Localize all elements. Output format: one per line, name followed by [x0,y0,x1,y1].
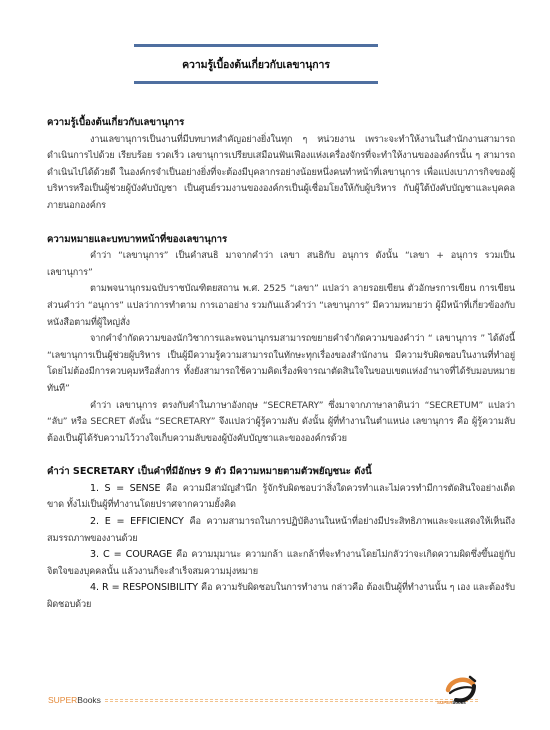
list-item: 4. R = RESPONSIBILITY คือ ความรับผิดชอบใ… [47,580,515,613]
paragraph: ตามพจนานุกรมฉบับราชบัณฑิตยสถาน พ.ศ. 2525… [47,281,515,331]
paragraph: จากคำจำกัดความของนักวิชาการและพจนานุกรมส… [47,331,515,397]
footer-brand: SUPERBooks [48,695,101,705]
document-body: ความรู้เบื้องต้นเกี่ยวกับเลขานุการ งานเล… [47,115,515,614]
section-introduction: ความรู้เบื้องต้นเกี่ยวกับเลขานุการ งานเล… [47,115,515,215]
title-banner: ความรู้เบื้องต้นเกี่ยวกับเลขานุการ [134,44,378,84]
spacer [47,215,515,232]
page-footer: SUPERBooks [48,693,478,707]
brand-books: Books [77,695,101,705]
list-item: 3. C = COURAGE คือ ความมุมานะ ความกล้า แ… [47,547,515,580]
brand-super: SUPER [48,695,77,705]
list-item: 2. E = EFFICIENCY คือ ความสามารถในการปฏิ… [47,514,515,547]
spacer [47,447,515,464]
paragraph: คำว่า “เลขานุการ” เป็นคำสนธิ มาจากคำว่า … [47,248,515,281]
item-label: 2. E = EFFICIENCY [90,516,184,527]
item-label: 3. C = COURAGE [90,549,172,560]
logo-wordmark-books: books [453,700,466,705]
item-label: 1. S = SENSE [90,483,160,494]
page-title: ความรู้เบื้องต้นเกี่ยวกับเลขานุการ [182,56,330,73]
section-heading: คำว่า SECRETARY เป็นคำที่มีอักษร 9 ตัว ม… [47,464,515,481]
section-heading: ความรู้เบื้องต้นเกี่ยวกับเลขานุการ [47,115,515,132]
item-label: 4. R = RESPONSIBILITY [90,582,198,593]
logo-wordmark-super: SUPER [437,700,453,705]
section-secretary-acronym: คำว่า SECRETARY เป็นคำที่มีอักษร 9 ตัว ม… [47,464,515,613]
paragraph: งานเลขานุการเป็นงานที่มีบทบาทสำคัญอย่างย… [47,132,515,215]
superbooks-logo-icon [440,672,480,712]
list-item: 1. S = SENSE คือ ความมีสามัญสำนึก รู้จัก… [47,481,515,514]
paragraph: คำว่า เลขานุการ ตรงกับคำในภาษาอังกฤษ “SE… [47,398,515,448]
footer-divider [105,699,478,702]
document-page: ความรู้เบื้องต้นเกี่ยวกับเลขานุการ ความร… [0,0,550,730]
logo-wordmark: SUPERbooks [437,700,466,705]
section-meaning-and-roles: ความหมายและบทบาทหน้าที่ของเลขานุการ คำว่… [47,232,515,448]
section-heading: ความหมายและบทบาทหน้าที่ของเลขานุการ [47,232,515,249]
